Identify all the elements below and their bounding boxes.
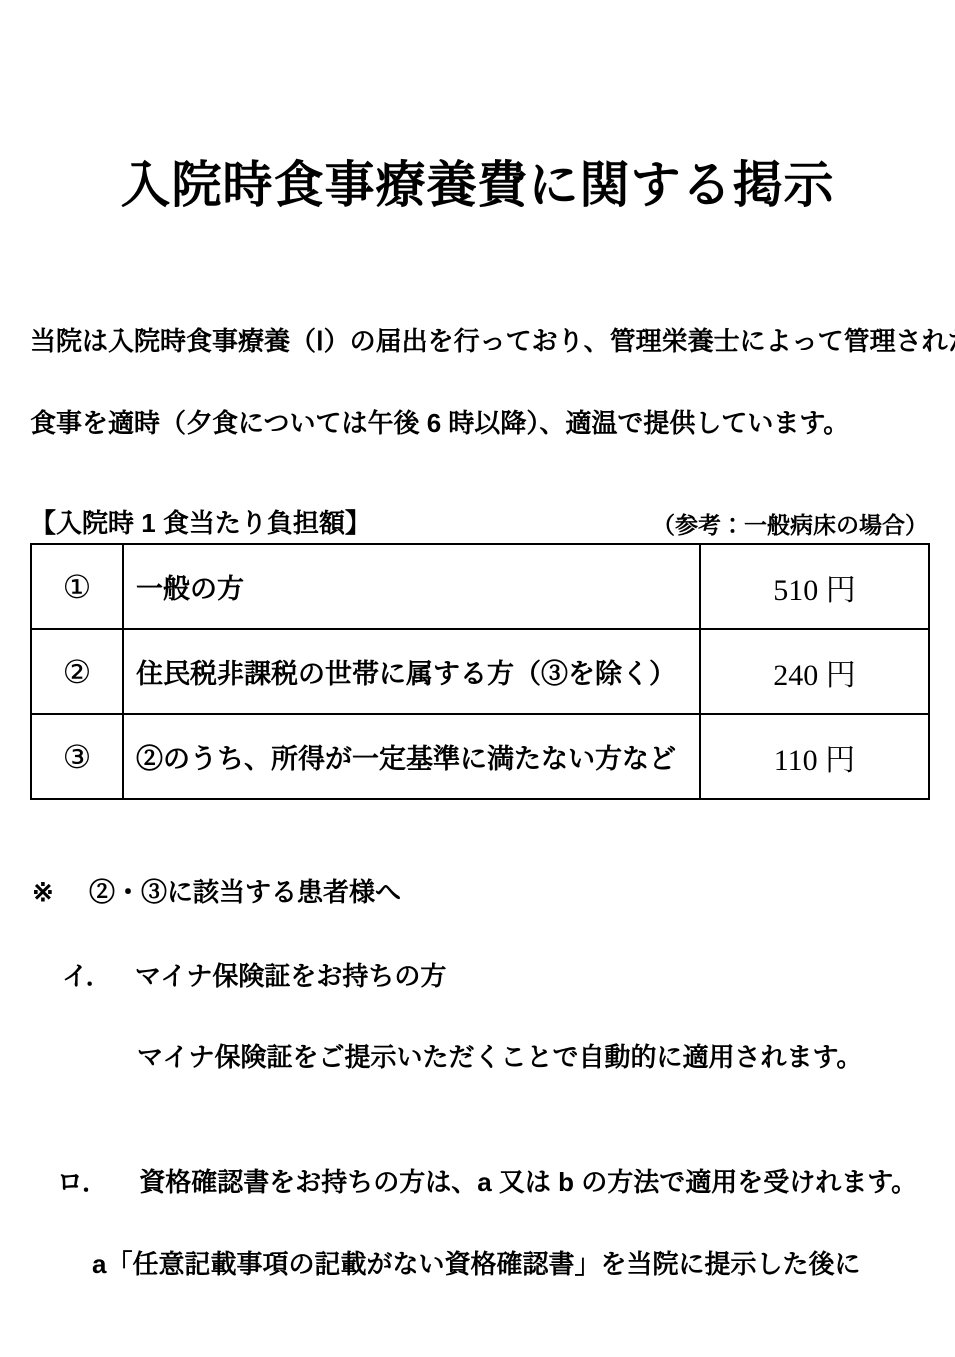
table-row: ② 住民税非課税の世帯に属する方（③を除く） 240 円 [31,629,929,714]
notes-heading-marker: ※ [32,877,54,907]
row-description: 一般の方 [123,544,700,629]
row-price: 240 円 [700,629,929,714]
table-row: ③ ②のうち、所得が一定基準に満たない方など 110 円 [31,714,929,799]
notice-page: 入院時食事療養費に関する掲示 当院は入院時食事療養（Ⅰ）の届出を行っており、管理… [0,0,955,1357]
row-number: ① [31,544,123,629]
row-description: ②のうち、所得が一定基準に満たない方など [123,714,700,799]
intro-line-1: 当院は入院時食事療養（Ⅰ）の届出を行っており、管理栄養士によって管理された [30,300,935,382]
row-number: ③ [31,714,123,799]
note-item-a-text: a「任意記載事項の記載がない資格確認書」を当院に提示した後に [92,1244,860,1281]
note-item-ro: ロ． 資格確認書をお持ちの方は、a 又は b の方法で適用を受けれます。 [57,1162,917,1199]
note-item-i-label: イ． [62,961,112,991]
page-title: 入院時食事療養費に関する掲示 [0,155,955,215]
row-price: 110 円 [700,714,929,799]
row-number: ② [31,629,123,714]
note-item-i: イ． マイナ保険証をお持ちの方 [62,956,446,993]
note-item-ro-text: 資格確認書をお持ちの方は、a 又は b の方法で適用を受けれます。 [139,1167,917,1197]
table-caption-row: 【入院時 1 食当たり負担額】 （参考：一般病床の場合） [30,503,928,540]
table-caption-reference: （参考：一般病床の場合） [652,507,928,540]
note-item-i-detail: マイナ保険証をご提示いただくことで自動的に適用されます。 [137,1037,862,1074]
intro-line-2: 食事を適時（夕食については午後 6 時以降）、適温で提供しています。 [30,382,935,464]
row-price: 510 円 [700,544,929,629]
table-caption-title: 【入院時 1 食当たり負担額】 [30,503,371,540]
table-row: ① 一般の方 510 円 [31,544,929,629]
note-item-i-text: マイナ保険証をお持ちの方 [135,961,446,991]
intro-paragraph: 当院は入院時食事療養（Ⅰ）の届出を行っており、管理栄養士によって管理された 食事… [30,300,935,464]
note-item-ro-label: ロ． [57,1167,108,1197]
row-description: 住民税非課税の世帯に属する方（③を除く） [123,629,700,714]
notes-heading: ※ ②・③に該当する患者様へ [32,872,401,909]
fee-table: ① 一般の方 510 円 ② 住民税非課税の世帯に属する方（③を除く） 240 … [30,543,930,800]
notes-heading-text: ②・③に該当する患者様へ [89,877,401,907]
